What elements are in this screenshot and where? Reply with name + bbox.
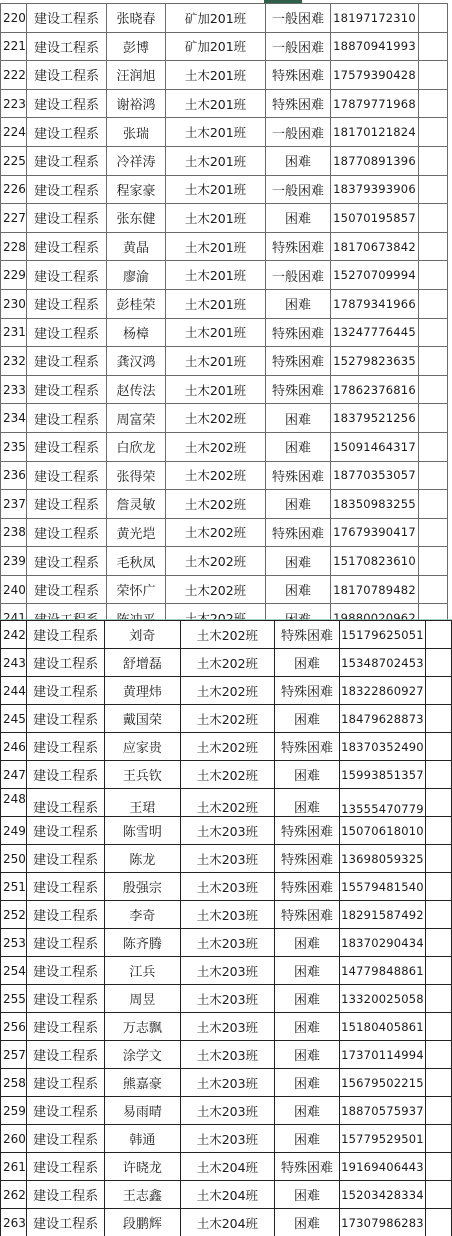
cell-name[interactable]: 段鹏辉 — [105, 1209, 180, 1236]
cell-name[interactable]: 毛秋凤 — [107, 547, 166, 576]
cell-empty[interactable] — [419, 118, 448, 147]
cell-difficulty-level[interactable]: 困难 — [275, 705, 339, 733]
cell-name[interactable]: 程家豪 — [107, 175, 166, 204]
cell-department[interactable]: 建设工程系 — [27, 89, 107, 118]
cell-difficulty-level[interactable]: 特殊困难 — [266, 318, 331, 347]
cell-index[interactable]: 224 — [1, 118, 27, 147]
cell-name[interactable]: 应家贵 — [105, 733, 180, 761]
cell-phone[interactable]: 17370114994 — [339, 1041, 426, 1069]
cell-phone[interactable]: 18350983255 — [331, 490, 419, 519]
cell-phone[interactable]: 15279823635 — [331, 347, 419, 376]
cell-index[interactable]: 257 — [1, 1041, 27, 1069]
cell-name[interactable]: 詹灵敏 — [107, 490, 166, 519]
cell-phone[interactable]: 15179625051 — [339, 621, 426, 649]
cell-difficulty-level[interactable]: 一般困难 — [266, 4, 331, 33]
cell-name[interactable]: 熊嘉豪 — [105, 1069, 180, 1097]
cell-empty[interactable] — [419, 604, 448, 620]
cell-difficulty-level[interactable]: 困难 — [266, 289, 331, 318]
cell-empty[interactable] — [419, 32, 448, 61]
cell-difficulty-level[interactable]: 特殊困难 — [266, 461, 331, 490]
cell-empty[interactable] — [419, 61, 448, 90]
cell-class[interactable]: 土木204班 — [180, 1153, 275, 1181]
cell-empty[interactable] — [426, 621, 452, 649]
cell-index[interactable]: 236 — [1, 461, 27, 490]
cell-index[interactable]: 234 — [1, 404, 27, 433]
cell-phone[interactable]: 18197172310 — [331, 4, 419, 33]
cell-department[interactable]: 建设工程系 — [26, 1069, 104, 1097]
cell-phone[interactable]: 15993851357 — [339, 761, 426, 789]
cell-department[interactable]: 建设工程系 — [27, 575, 107, 604]
cell-index[interactable]: 230 — [1, 289, 27, 318]
cell-index[interactable]: 244 — [1, 677, 27, 705]
cell-index[interactable]: 250 — [1, 845, 27, 873]
cell-empty[interactable] — [419, 89, 448, 118]
cell-empty[interactable] — [426, 649, 452, 677]
cell-index[interactable]: 232 — [1, 347, 27, 376]
cell-class[interactable]: 土木202班 — [180, 649, 275, 677]
cell-index[interactable]: 240 — [1, 575, 27, 604]
cell-name[interactable]: 陈冲平 — [107, 604, 166, 620]
cell-difficulty-level[interactable]: 困难 — [266, 146, 331, 175]
cell-class[interactable]: 土木202班 — [166, 490, 266, 519]
cell-difficulty-level[interactable]: 特殊困难 — [275, 873, 339, 901]
cell-class[interactable]: 土木201班 — [166, 175, 266, 204]
cell-department[interactable]: 建设工程系 — [27, 289, 107, 318]
cell-name[interactable]: 韩通 — [105, 1125, 180, 1153]
cell-class[interactable]: 土木201班 — [166, 61, 266, 90]
cell-index[interactable]: 259 — [1, 1097, 27, 1125]
cell-class[interactable]: 土木203班 — [180, 901, 275, 929]
cell-phone[interactable]: 18170789482 — [331, 575, 419, 604]
cell-department[interactable]: 建设工程系 — [27, 461, 107, 490]
cell-difficulty-level[interactable]: 困难 — [275, 929, 339, 957]
cell-index[interactable]: 248 — [1, 789, 27, 817]
cell-index[interactable]: 262 — [1, 1181, 27, 1209]
cell-name[interactable]: 龚汉鸿 — [107, 347, 166, 376]
cell-index[interactable]: 229 — [1, 261, 27, 290]
cell-empty[interactable] — [426, 817, 452, 845]
cell-name[interactable]: 谢裕鸿 — [107, 89, 166, 118]
cell-empty[interactable] — [426, 789, 452, 817]
cell-department[interactable]: 建设工程系 — [27, 490, 107, 519]
cell-class[interactable]: 土木202班 — [166, 432, 266, 461]
cell-department[interactable]: 建设工程系 — [26, 1181, 104, 1209]
cell-department[interactable]: 建设工程系 — [26, 705, 104, 733]
cell-difficulty-level[interactable]: 困难 — [266, 575, 331, 604]
cell-phone[interactable]: 13320025058 — [339, 985, 426, 1013]
cell-department[interactable]: 建设工程系 — [27, 604, 107, 620]
cell-class[interactable]: 土木203班 — [180, 1041, 275, 1069]
cell-department[interactable]: 建设工程系 — [26, 901, 104, 929]
cell-difficulty-level[interactable]: 困难 — [275, 649, 339, 677]
cell-class[interactable]: 土木203班 — [180, 1013, 275, 1041]
cell-class[interactable]: 土木201班 — [166, 261, 266, 290]
cell-department[interactable]: 建设工程系 — [26, 621, 104, 649]
cell-index[interactable]: 228 — [1, 232, 27, 261]
cell-index[interactable]: 251 — [1, 873, 27, 901]
cell-phone[interactable]: 15348702453 — [339, 649, 426, 677]
cell-difficulty-level[interactable]: 困难 — [275, 789, 339, 817]
cell-index[interactable]: 263 — [1, 1209, 27, 1236]
cell-name[interactable]: 周富荣 — [107, 404, 166, 433]
cell-index[interactable]: 233 — [1, 375, 27, 404]
cell-empty[interactable] — [419, 4, 448, 33]
cell-difficulty-level[interactable]: 困难 — [275, 761, 339, 789]
cell-phone[interactable]: 18770891396 — [331, 146, 419, 175]
cell-name[interactable]: 陈龙 — [105, 845, 180, 873]
cell-department[interactable]: 建设工程系 — [27, 547, 107, 576]
cell-department[interactable]: 建设工程系 — [27, 375, 107, 404]
cell-index[interactable]: 261 — [1, 1153, 27, 1181]
cell-class[interactable]: 土木201班 — [166, 146, 266, 175]
cell-difficulty-level[interactable]: 特殊困难 — [275, 733, 339, 761]
cell-empty[interactable] — [426, 1069, 452, 1097]
cell-class[interactable]: 土木203班 — [180, 929, 275, 957]
cell-department[interactable]: 建设工程系 — [27, 4, 107, 33]
cell-phone[interactable]: 15779529501 — [339, 1125, 426, 1153]
cell-index[interactable]: 226 — [1, 175, 27, 204]
cell-empty[interactable] — [426, 985, 452, 1013]
cell-index[interactable]: 222 — [1, 61, 27, 90]
cell-name[interactable]: 舒增磊 — [105, 649, 180, 677]
cell-class[interactable]: 土木201班 — [166, 289, 266, 318]
cell-difficulty-level[interactable]: 困难 — [275, 985, 339, 1013]
cell-difficulty-level[interactable]: 特殊困难 — [266, 518, 331, 547]
cell-phone[interactable]: 15091464317 — [331, 432, 419, 461]
cell-department[interactable]: 建设工程系 — [27, 204, 107, 233]
cell-difficulty-level[interactable]: 困难 — [275, 1069, 339, 1097]
cell-index[interactable]: 242 — [1, 621, 27, 649]
cell-phone[interactable]: 17307986283 — [339, 1209, 426, 1236]
cell-department[interactable]: 建设工程系 — [26, 1013, 104, 1041]
cell-phone[interactable]: 18379393906 — [331, 175, 419, 204]
cell-name[interactable]: 赵传法 — [107, 375, 166, 404]
cell-difficulty-level[interactable]: 困难 — [266, 490, 331, 519]
cell-class[interactable]: 土木203班 — [180, 873, 275, 901]
cell-department[interactable]: 建设工程系 — [26, 733, 104, 761]
cell-department[interactable]: 建设工程系 — [26, 649, 104, 677]
cell-empty[interactable] — [419, 175, 448, 204]
cell-difficulty-level[interactable]: 困难 — [275, 1209, 339, 1236]
cell-index[interactable]: 253 — [1, 929, 27, 957]
cell-name[interactable]: 王兵钦 — [105, 761, 180, 789]
cell-department[interactable]: 建设工程系 — [27, 432, 107, 461]
cell-index[interactable]: 238 — [1, 518, 27, 547]
cell-empty[interactable] — [426, 733, 452, 761]
cell-empty[interactable] — [419, 575, 448, 604]
cell-index[interactable]: 255 — [1, 985, 27, 1013]
cell-difficulty-level[interactable]: 特殊困难 — [266, 232, 331, 261]
cell-phone[interactable]: 13698059325 — [339, 845, 426, 873]
cell-empty[interactable] — [419, 490, 448, 519]
cell-difficulty-level[interactable]: 困难 — [266, 547, 331, 576]
cell-class[interactable]: 土木201班 — [166, 232, 266, 261]
cell-name[interactable]: 周昱 — [105, 985, 180, 1013]
cell-difficulty-level[interactable]: 一般困难 — [266, 32, 331, 61]
cell-index[interactable]: 246 — [1, 733, 27, 761]
cell-class[interactable]: 土木202班 — [166, 547, 266, 576]
cell-class[interactable]: 土木203班 — [180, 1125, 275, 1153]
cell-difficulty-level[interactable]: 困难 — [275, 1041, 339, 1069]
cell-class[interactable]: 土木202班 — [180, 789, 275, 817]
cell-phone[interactable]: 17679390417 — [331, 518, 419, 547]
cell-difficulty-level[interactable]: 特殊困难 — [275, 817, 339, 845]
cell-name[interactable]: 张东健 — [107, 204, 166, 233]
cell-name[interactable]: 彭桂荣 — [107, 289, 166, 318]
cell-empty[interactable] — [419, 261, 448, 290]
cell-phone[interactable]: 17862376816 — [331, 375, 419, 404]
cell-phone[interactable]: 13247776445 — [331, 318, 419, 347]
cell-name[interactable]: 黄理炜 — [105, 677, 180, 705]
cell-index[interactable]: 241 — [1, 604, 27, 620]
cell-phone[interactable]: 18870941993 — [331, 32, 419, 61]
cell-class[interactable]: 土木203班 — [180, 1097, 275, 1125]
cell-class[interactable]: 土木202班 — [180, 733, 275, 761]
cell-department[interactable]: 建设工程系 — [26, 761, 104, 789]
cell-phone[interactable]: 15180405861 — [339, 1013, 426, 1041]
cell-phone[interactable]: 18379521256 — [331, 404, 419, 433]
cell-empty[interactable] — [419, 318, 448, 347]
cell-name[interactable]: 王珺 — [105, 789, 180, 817]
cell-index[interactable]: 225 — [1, 146, 27, 175]
cell-department[interactable]: 建设工程系 — [27, 518, 107, 547]
cell-name[interactable]: 戴国荣 — [105, 705, 180, 733]
cell-class[interactable]: 土木202班 — [166, 518, 266, 547]
cell-phone[interactable]: 15203428334 — [339, 1181, 426, 1209]
cell-name[interactable]: 易雨晴 — [105, 1097, 180, 1125]
cell-empty[interactable] — [419, 432, 448, 461]
cell-empty[interactable] — [419, 347, 448, 376]
cell-department[interactable]: 建设工程系 — [26, 1041, 104, 1069]
cell-department[interactable]: 建设工程系 — [26, 929, 104, 957]
cell-phone[interactable]: 18370290434 — [339, 929, 426, 957]
cell-empty[interactable] — [426, 957, 452, 985]
cell-empty[interactable] — [419, 232, 448, 261]
cell-department[interactable]: 建设工程系 — [27, 318, 107, 347]
cell-name[interactable]: 涂学文 — [105, 1041, 180, 1069]
cell-difficulty-level[interactable]: 困难 — [275, 957, 339, 985]
cell-department[interactable]: 建设工程系 — [27, 146, 107, 175]
cell-difficulty-level[interactable]: 特殊困难 — [275, 1153, 339, 1181]
cell-empty[interactable] — [426, 677, 452, 705]
cell-index[interactable]: 237 — [1, 490, 27, 519]
cell-difficulty-level[interactable]: 困难 — [275, 1097, 339, 1125]
cell-class[interactable]: 土木203班 — [180, 985, 275, 1013]
cell-phone[interactable]: 15070195857 — [331, 204, 419, 233]
cell-department[interactable]: 建设工程系 — [26, 677, 104, 705]
cell-difficulty-level[interactable]: 特殊困难 — [275, 901, 339, 929]
cell-phone[interactable]: 19169406443 — [339, 1153, 426, 1181]
cell-difficulty-level[interactable]: 困难 — [266, 604, 331, 620]
cell-phone[interactable]: 18170121824 — [331, 118, 419, 147]
cell-index[interactable]: 223 — [1, 89, 27, 118]
cell-department[interactable]: 建设工程系 — [26, 789, 104, 817]
cell-difficulty-level[interactable]: 困难 — [275, 1013, 339, 1041]
cell-empty[interactable] — [419, 404, 448, 433]
cell-department[interactable]: 建设工程系 — [26, 1097, 104, 1125]
cell-class[interactable]: 土木202班 — [166, 575, 266, 604]
cell-class[interactable]: 矿加201班 — [166, 32, 266, 61]
cell-department[interactable]: 建设工程系 — [27, 232, 107, 261]
cell-class[interactable]: 土木202班 — [180, 705, 275, 733]
cell-class[interactable]: 土木202班 — [166, 604, 266, 620]
cell-phone[interactable]: 18291587492 — [339, 901, 426, 929]
cell-phone[interactable]: 15270709994 — [331, 261, 419, 290]
cell-index[interactable]: 249 — [1, 817, 27, 845]
cell-difficulty-level[interactable]: 特殊困难 — [266, 375, 331, 404]
cell-name[interactable]: 江兵 — [105, 957, 180, 985]
cell-index[interactable]: 220 — [1, 4, 27, 33]
cell-difficulty-level[interactable]: 困难 — [266, 404, 331, 433]
cell-empty[interactable] — [426, 1209, 452, 1236]
cell-phone[interactable]: 15679502215 — [339, 1069, 426, 1097]
cell-index[interactable]: 239 — [1, 547, 27, 576]
cell-phone[interactable]: 18322860927 — [339, 677, 426, 705]
cell-phone[interactable]: 13555470779 — [339, 789, 426, 817]
cell-name[interactable]: 白欣龙 — [107, 432, 166, 461]
cell-class[interactable]: 土木201班 — [166, 118, 266, 147]
cell-class[interactable]: 土木203班 — [180, 957, 275, 985]
cell-phone[interactable]: 15579481540 — [339, 873, 426, 901]
cell-class[interactable]: 土木203班 — [180, 817, 275, 845]
cell-phone[interactable]: 15070618010 — [339, 817, 426, 845]
cell-difficulty-level[interactable]: 困难 — [266, 204, 331, 233]
cell-department[interactable]: 建设工程系 — [27, 175, 107, 204]
cell-department[interactable]: 建设工程系 — [27, 61, 107, 90]
cell-index[interactable]: 258 — [1, 1069, 27, 1097]
cell-phone[interactable]: 18479628873 — [339, 705, 426, 733]
cell-name[interactable]: 黄光垲 — [107, 518, 166, 547]
cell-class[interactable]: 土木202班 — [180, 761, 275, 789]
cell-class[interactable]: 土木204班 — [180, 1209, 275, 1236]
cell-class[interactable]: 土木201班 — [166, 89, 266, 118]
cell-empty[interactable] — [419, 146, 448, 175]
cell-index[interactable]: 260 — [1, 1125, 27, 1153]
cell-phone[interactable]: 17879771968 — [331, 89, 419, 118]
cell-index[interactable]: 245 — [1, 705, 27, 733]
cell-difficulty-level[interactable]: 特殊困难 — [266, 347, 331, 376]
cell-name[interactable]: 万志飘 — [105, 1013, 180, 1041]
cell-class[interactable]: 土木204班 — [180, 1181, 275, 1209]
cell-phone[interactable]: 17879341966 — [331, 289, 419, 318]
cell-empty[interactable] — [426, 901, 452, 929]
cell-index[interactable]: 227 — [1, 204, 27, 233]
cell-department[interactable]: 建设工程系 — [26, 873, 104, 901]
cell-department[interactable]: 建设工程系 — [26, 1153, 104, 1181]
cell-phone[interactable]: 15170823610 — [331, 547, 419, 576]
cell-name[interactable]: 刘奇 — [105, 621, 180, 649]
cell-index[interactable]: 221 — [1, 32, 27, 61]
cell-phone[interactable]: 18770353057 — [331, 461, 419, 490]
cell-department[interactable]: 建设工程系 — [26, 957, 104, 985]
cell-name[interactable]: 黄晶 — [107, 232, 166, 261]
cell-class[interactable]: 土木202班 — [166, 461, 266, 490]
cell-class[interactable]: 土木202班 — [166, 404, 266, 433]
cell-index[interactable]: 252 — [1, 901, 27, 929]
cell-department[interactable]: 建设工程系 — [26, 817, 104, 845]
cell-empty[interactable] — [419, 204, 448, 233]
cell-department[interactable]: 建设工程系 — [27, 404, 107, 433]
cell-index[interactable]: 235 — [1, 432, 27, 461]
cell-class[interactable]: 土木203班 — [180, 1069, 275, 1097]
cell-empty[interactable] — [426, 873, 452, 901]
cell-class[interactable]: 矿加201班 — [166, 4, 266, 33]
cell-difficulty-level[interactable]: 特殊困难 — [266, 89, 331, 118]
cell-department[interactable]: 建设工程系 — [26, 845, 104, 873]
cell-empty[interactable] — [419, 518, 448, 547]
cell-name[interactable]: 廖渝 — [107, 261, 166, 290]
cell-name[interactable]: 汪润旭 — [107, 61, 166, 90]
cell-department[interactable]: 建设工程系 — [26, 985, 104, 1013]
cell-difficulty-level[interactable]: 一般困难 — [266, 261, 331, 290]
cell-class[interactable]: 土木201班 — [166, 375, 266, 404]
cell-phone[interactable]: 18870575937 — [339, 1097, 426, 1125]
cell-name[interactable]: 荣怀广 — [107, 575, 166, 604]
cell-class[interactable]: 土木202班 — [180, 621, 275, 649]
cell-index[interactable]: 243 — [1, 649, 27, 677]
cell-name[interactable]: 殷强宗 — [105, 873, 180, 901]
cell-empty[interactable] — [426, 1013, 452, 1041]
cell-difficulty-level[interactable]: 一般困难 — [266, 118, 331, 147]
cell-class[interactable]: 土木203班 — [180, 845, 275, 873]
cell-empty[interactable] — [426, 1125, 452, 1153]
cell-class[interactable]: 土木201班 — [166, 318, 266, 347]
cell-empty[interactable] — [419, 375, 448, 404]
cell-difficulty-level[interactable]: 困难 — [275, 1181, 339, 1209]
cell-index[interactable]: 254 — [1, 957, 27, 985]
cell-phone[interactable]: 17579390428 — [331, 61, 419, 90]
cell-phone[interactable]: 18170673842 — [331, 232, 419, 261]
cell-phone[interactable]: 14779848861 — [339, 957, 426, 985]
cell-empty[interactable] — [419, 461, 448, 490]
cell-difficulty-level[interactable]: 特殊困难 — [275, 845, 339, 873]
cell-name[interactable]: 王志鑫 — [105, 1181, 180, 1209]
cell-empty[interactable] — [426, 929, 452, 957]
cell-index[interactable]: 247 — [1, 761, 27, 789]
cell-difficulty-level[interactable]: 困难 — [266, 432, 331, 461]
cell-empty[interactable] — [426, 705, 452, 733]
cell-difficulty-level[interactable]: 特殊困难 — [275, 677, 339, 705]
cell-empty[interactable] — [426, 1097, 452, 1125]
cell-phone[interactable]: 18370352490 — [339, 733, 426, 761]
cell-class[interactable]: 土木202班 — [180, 677, 275, 705]
cell-name[interactable]: 许晓龙 — [105, 1153, 180, 1181]
cell-name[interactable]: 彭博 — [107, 32, 166, 61]
cell-class[interactable]: 土木201班 — [166, 347, 266, 376]
cell-name[interactable]: 张瑞 — [107, 118, 166, 147]
cell-name[interactable]: 李奇 — [105, 901, 180, 929]
cell-name[interactable]: 冷祥涛 — [107, 146, 166, 175]
cell-empty[interactable] — [419, 547, 448, 576]
cell-name[interactable]: 陈雪明 — [105, 817, 180, 845]
cell-difficulty-level[interactable]: 困难 — [275, 1125, 339, 1153]
cell-empty[interactable] — [419, 289, 448, 318]
cell-class[interactable]: 土木201班 — [166, 204, 266, 233]
cell-name[interactable]: 张得荣 — [107, 461, 166, 490]
cell-department[interactable]: 建设工程系 — [27, 347, 107, 376]
cell-index[interactable]: 256 — [1, 1013, 27, 1041]
cell-difficulty-level[interactable]: 特殊困难 — [275, 621, 339, 649]
cell-phone[interactable]: 19880020962 — [331, 604, 419, 620]
cell-department[interactable]: 建设工程系 — [27, 32, 107, 61]
cell-name[interactable]: 陈齐腾 — [105, 929, 180, 957]
cell-index[interactable]: 231 — [1, 318, 27, 347]
cell-empty[interactable] — [426, 1041, 452, 1069]
cell-empty[interactable] — [426, 761, 452, 789]
cell-department[interactable]: 建设工程系 — [26, 1125, 104, 1153]
cell-empty[interactable] — [426, 1181, 452, 1209]
cell-difficulty-level[interactable]: 一般困难 — [266, 175, 331, 204]
